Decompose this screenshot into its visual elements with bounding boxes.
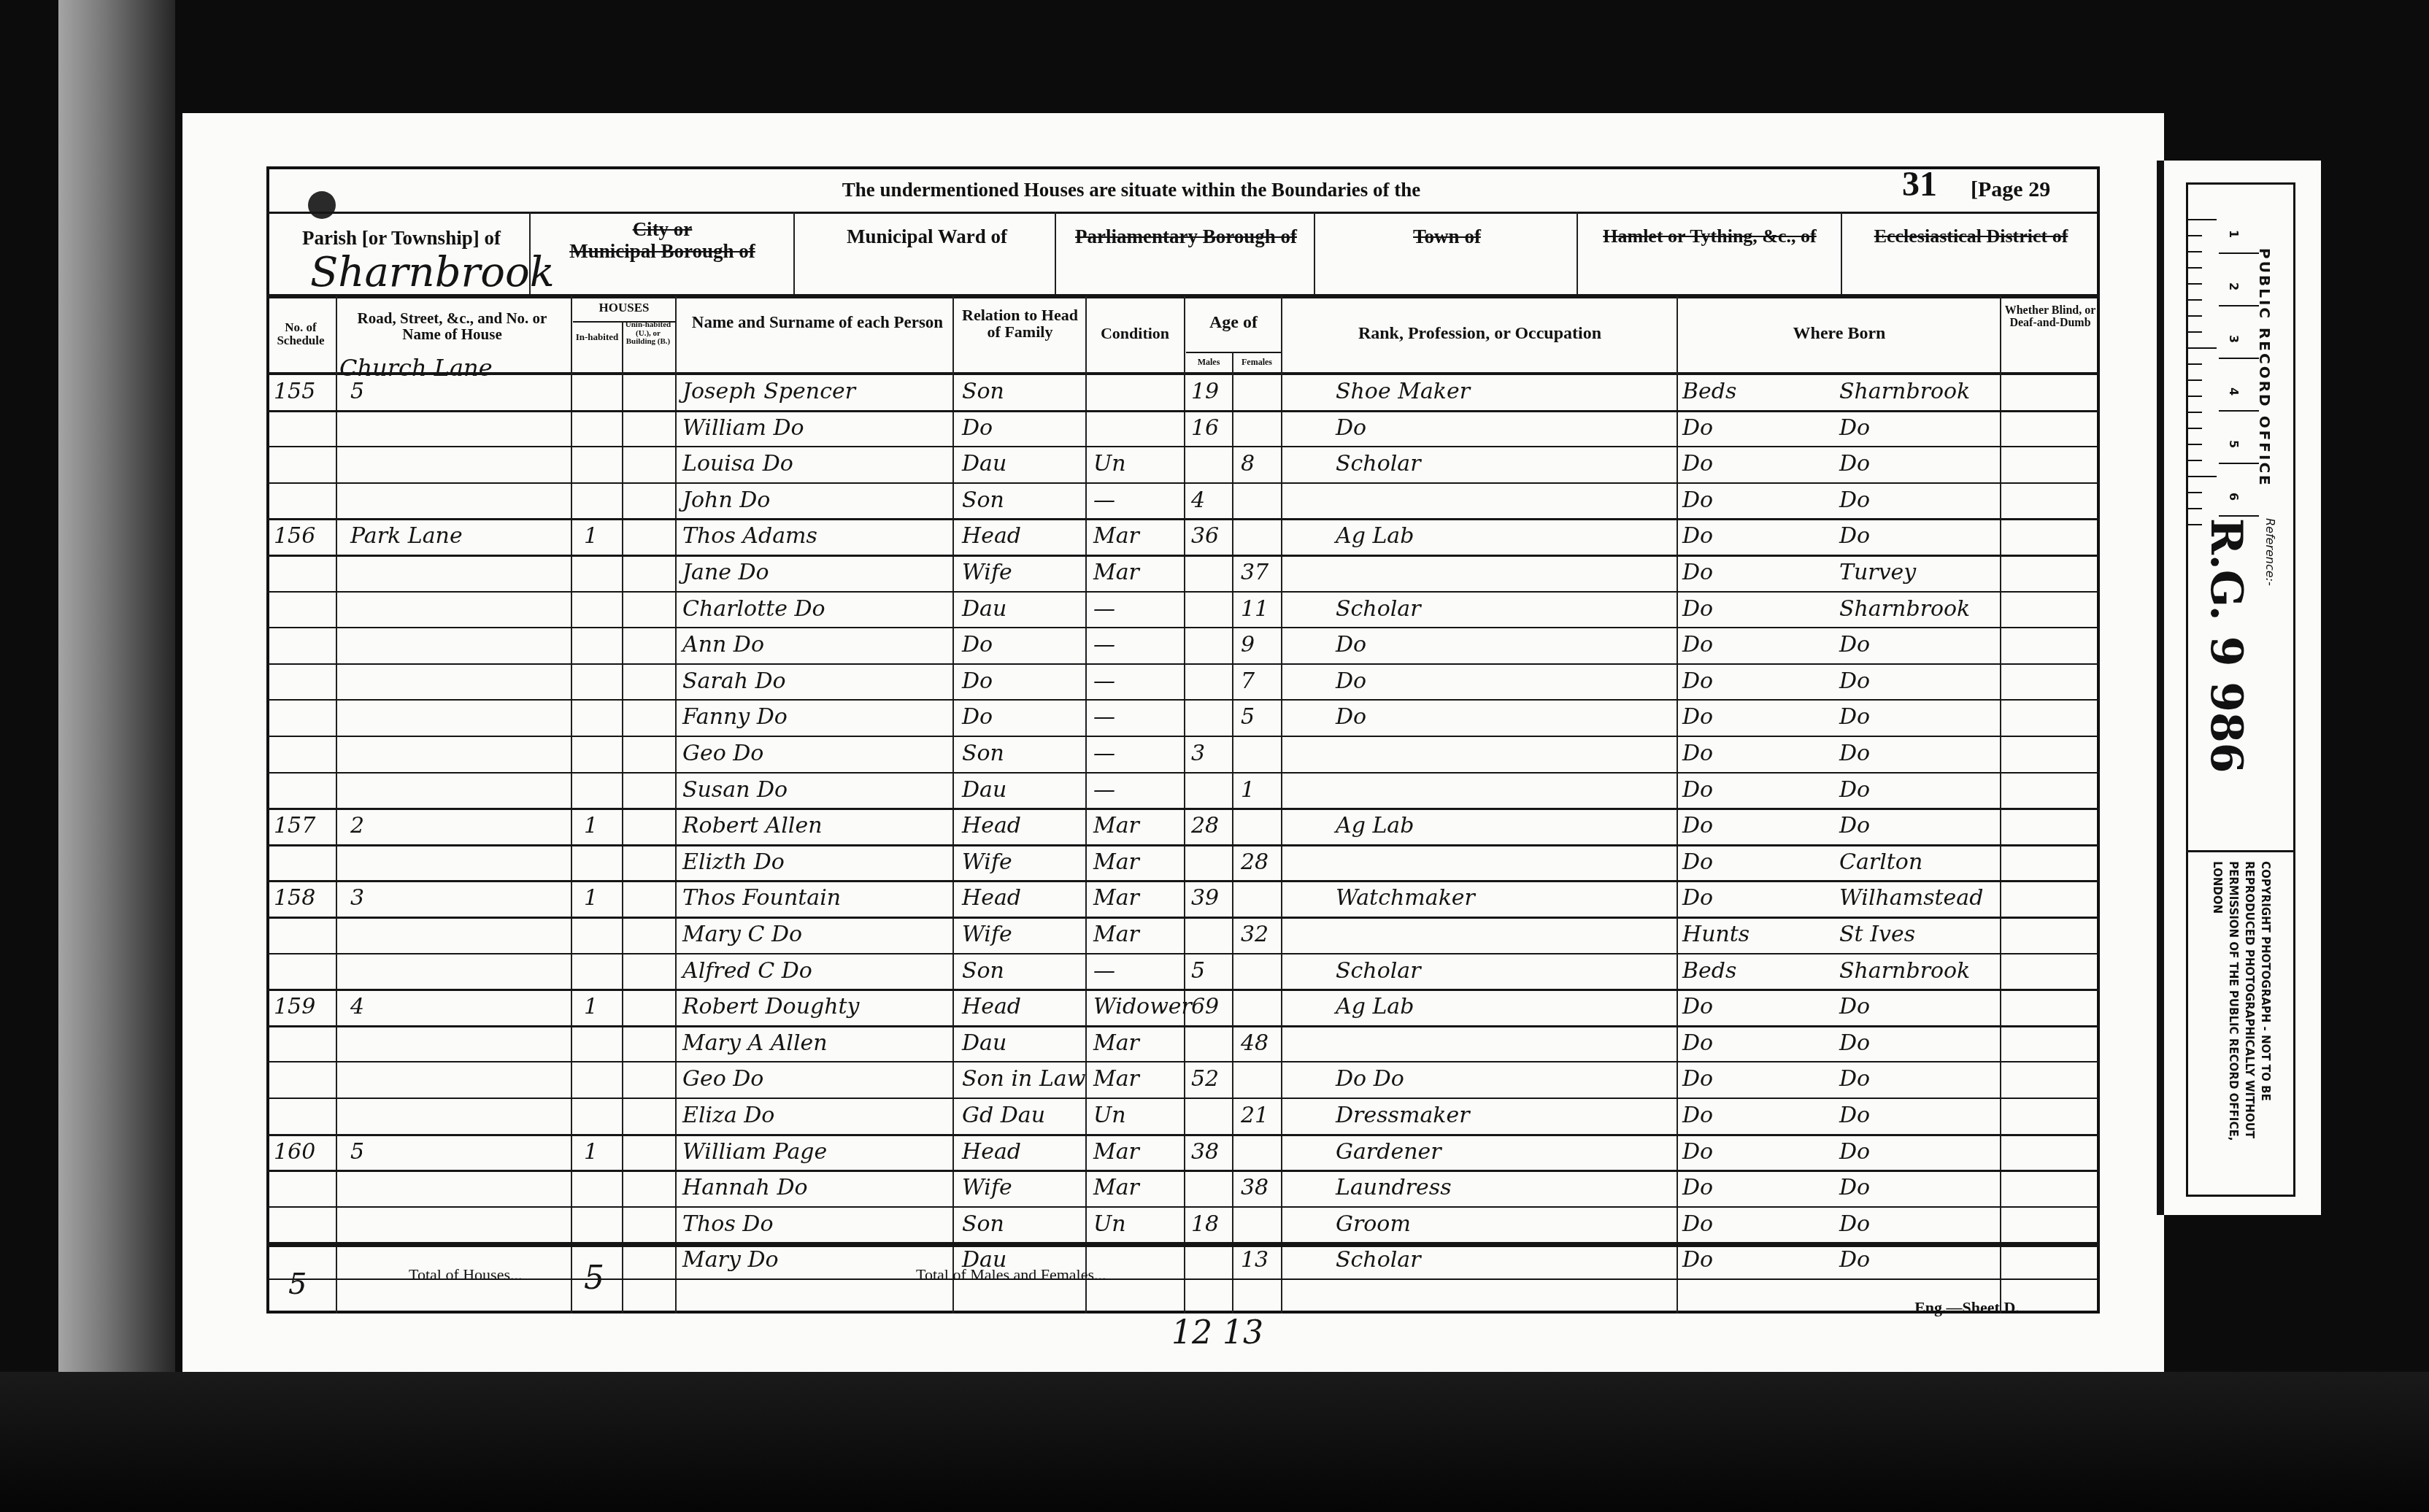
col-where-born: Where Born (1679, 325, 2000, 343)
name-cell: Mary C Do (682, 924, 802, 946)
condition-cell: Mar (1093, 1141, 1139, 1163)
born-county-cell: Do (1682, 1141, 1713, 1163)
born-county-cell: Beds (1682, 960, 1736, 982)
name-cell: Mary A Allen (682, 1033, 828, 1054)
name-cell: Joseph Spencer (682, 381, 855, 403)
column-divider (1677, 296, 1678, 1314)
ruler-tick (2187, 444, 2202, 445)
born-county-cell: Do (1682, 1214, 1713, 1235)
born-place-cell: Do (1839, 779, 1870, 801)
row-rule (266, 555, 2100, 557)
town-label: Town of (1317, 226, 1577, 247)
total-houses-label: Total of Houses... (409, 1266, 569, 1283)
occupation-cell: Watchmaker (1336, 887, 1475, 909)
col-uninhabited: Unin-habited (U.), or Building (B.) (623, 321, 674, 347)
sheet-label: Eng.—Sheet D. (1887, 1299, 2047, 1316)
relation-cell: Gd Dau (962, 1105, 1045, 1127)
occupation-cell: Ag Lab (1336, 815, 1414, 837)
male-age-cell: 28 (1191, 815, 1219, 837)
condition-cell: Mar (1093, 887, 1139, 909)
col-occupation: Rank, Profession, or Occupation (1285, 325, 1675, 343)
male-age-cell: 4 (1191, 490, 1205, 512)
relation-cell: Son (962, 960, 1004, 982)
name-cell: Louisa Do (682, 453, 793, 475)
row-rule (266, 1025, 2100, 1027)
ruler-cm-label: 1 (2227, 230, 2241, 238)
condition-cell: Mar (1093, 924, 1139, 946)
born-place-cell: Do (1839, 706, 1870, 728)
ruler-tick (2187, 251, 2202, 252)
row-rule (266, 663, 2100, 665)
condition-cell: — (1093, 634, 1115, 656)
relation-cell: Wife (962, 562, 1012, 584)
total-persons-value: 12 13 (1171, 1317, 1263, 1349)
born-place-cell: Do (1839, 490, 1870, 512)
punch-hole-icon (308, 191, 336, 219)
scanner-bottom (0, 1372, 2429, 1512)
male-age-cell: 19 (1191, 381, 1219, 403)
condition-cell: — (1093, 960, 1115, 982)
rule (266, 212, 2100, 214)
column-divider (336, 296, 337, 1314)
name-cell: Susan Do (682, 779, 788, 801)
born-place-cell: Turvey (1839, 562, 1916, 584)
divider (1577, 212, 1578, 296)
female-age-cell: 37 (1241, 562, 1269, 584)
column-divider (952, 296, 954, 1314)
schedule-cell: 159 (274, 996, 315, 1018)
occupation-cell: Ag Lab (1336, 525, 1414, 547)
name-cell: Jane Do (682, 562, 769, 584)
reference-strip: PUBLIC RECORD OFFICE 123456 Reference:- … (2157, 161, 2321, 1215)
female-age-cell: 8 (1241, 453, 1255, 475)
col-schedule: No. of Schedule (269, 321, 333, 347)
born-place-cell: Wilhamstead (1839, 887, 1983, 909)
ruler-tick (2187, 428, 2202, 429)
condition-cell: — (1093, 743, 1115, 765)
scanner-edge (58, 0, 175, 1512)
ruler-tick (2187, 460, 2202, 461)
divider (1314, 212, 1315, 296)
ruler-tick (2187, 219, 2217, 220)
born-place-cell: Carlton (1839, 852, 1922, 873)
born-place-cell: Do (1839, 1105, 1870, 1127)
born-county-cell: Do (1682, 453, 1713, 475)
row-rule (266, 410, 2100, 412)
rule (2186, 850, 2295, 852)
female-age-cell: 13 (1241, 1249, 1269, 1271)
ruler-cm-line (2219, 358, 2259, 359)
municipal-borough-label: Municipal Borough of (536, 241, 788, 261)
divider (1841, 212, 1842, 296)
col-males: Males (1186, 358, 1231, 367)
female-age-cell: 9 (1241, 634, 1255, 656)
born-place-cell: Do (1839, 671, 1870, 693)
row-rule (266, 880, 2100, 882)
male-age-cell: 39 (1191, 887, 1219, 909)
relation-cell: Wife (962, 852, 1012, 873)
born-county-cell: Do (1682, 598, 1713, 620)
condition-cell: — (1093, 598, 1115, 620)
total-houses-value: 5 (584, 1262, 604, 1295)
occupation-cell: Do (1336, 706, 1366, 728)
parish-label: Parish [or Township] of (274, 228, 529, 248)
column-divider (2000, 296, 2001, 1314)
occupation-cell: Do (1336, 671, 1366, 693)
ruler-tick (2187, 315, 2202, 317)
col-condition: Condition (1088, 325, 1182, 342)
born-place-cell: Do (1839, 417, 1870, 439)
divider (529, 212, 531, 296)
relation-cell: Son in Law (962, 1068, 1085, 1090)
ruler-cm-line (2219, 515, 2259, 517)
road-cell: 5 (350, 381, 364, 403)
col-females: Females (1233, 358, 1280, 367)
female-age-cell: 21 (1241, 1105, 1269, 1127)
name-cell: Mary Do (682, 1249, 779, 1271)
born-place-cell: Do (1839, 1033, 1870, 1054)
condition-cell: Mar (1093, 562, 1139, 584)
inhabited-cell: 1 (584, 887, 598, 909)
born-place-cell: Do (1839, 743, 1870, 765)
born-county-cell: Do (1682, 490, 1713, 512)
road-cell: 2 (350, 815, 364, 837)
ruler-tick (2187, 299, 2202, 301)
page-label: [Page 29 (1971, 178, 2073, 201)
born-place-cell: Do (1839, 815, 1870, 837)
road-cell: 4 (350, 996, 364, 1018)
ruler-cm-line (2219, 463, 2259, 464)
relation-cell: Head (962, 525, 1021, 547)
born-place-cell: Do (1839, 1249, 1870, 1271)
ruler-tick (2187, 363, 2202, 365)
relation-cell: Son (962, 743, 1004, 765)
relation-cell: Head (962, 887, 1021, 909)
female-age-cell: 28 (1241, 852, 1269, 873)
ruler-cm-line (2219, 410, 2259, 412)
condition-cell: Mar (1093, 852, 1139, 873)
relation-cell: Son (962, 490, 1004, 512)
occupation-cell: Scholar (1336, 1249, 1421, 1271)
born-county-cell: Beds (1682, 381, 1736, 403)
folio-number: 31 (1890, 166, 1949, 203)
relation-cell: Head (962, 815, 1021, 837)
male-age-cell: 16 (1191, 417, 1219, 439)
name-cell: Thos Adams (682, 525, 817, 547)
street-annotation: Church Lane (339, 356, 493, 379)
name-cell: Alfred C Do (682, 960, 812, 982)
born-place-cell: Sharnbrook (1839, 598, 1970, 620)
name-cell: Ann Do (682, 634, 764, 656)
parish-value: Sharnbrook (310, 252, 555, 293)
name-cell: Fanny Do (682, 706, 788, 728)
row-rule (266, 699, 2100, 701)
ruler-tick (2187, 331, 2202, 333)
name-cell: Geo Do (682, 1068, 763, 1090)
born-county-cell: Do (1682, 1033, 1713, 1054)
schedule-cell: 155 (274, 381, 315, 403)
reference-label: Reference:- (2263, 518, 2277, 586)
row-rule (266, 808, 2100, 810)
name-cell: John Do (682, 490, 770, 512)
row-rule (266, 518, 2100, 520)
occupation-cell: Do (1336, 417, 1366, 439)
born-county-cell: Do (1682, 852, 1713, 873)
schedule-cell: 160 (274, 1141, 315, 1163)
born-county-cell: Do (1682, 634, 1713, 656)
row-rule (266, 446, 2100, 447)
municipal-ward-label: Municipal Ward of (799, 226, 1055, 247)
boundaries-heading: The undermentioned Houses are situate wi… (730, 180, 1533, 200)
relation-cell: Head (962, 996, 1021, 1018)
occupation-cell: Groom (1336, 1214, 1411, 1235)
occupation-cell: Do Do (1336, 1068, 1404, 1090)
row-rule (266, 953, 2100, 954)
born-county-cell: Do (1682, 417, 1713, 439)
copyright-notice: COPYRIGHT PHOTOGRAPH - NOT TO BE REPRODU… (2209, 861, 2274, 1182)
ruler-tick (2187, 412, 2202, 413)
condition-cell: — (1093, 779, 1115, 801)
row-rule (266, 1061, 2100, 1062)
relation-cell: Son (962, 1214, 1004, 1235)
column-divider (1184, 296, 1185, 1314)
male-age-cell: 3 (1191, 743, 1205, 765)
schedule-cell: 157 (274, 815, 315, 837)
row-rule (266, 482, 2100, 484)
name-cell: Hannah Do (682, 1177, 808, 1199)
occupation-cell: Scholar (1336, 960, 1421, 982)
ruler-cm-label: 2 (2227, 282, 2241, 290)
condition-cell: — (1093, 706, 1115, 728)
rule (573, 321, 675, 323)
rule (266, 294, 2100, 298)
col-name: Name and Surname of each Person (686, 314, 949, 331)
row-rule (266, 591, 2100, 593)
born-county-cell: Do (1682, 671, 1713, 693)
born-county-cell: Do (1682, 996, 1713, 1018)
inhabited-cell: 1 (584, 525, 598, 547)
relation-cell: Do (962, 671, 993, 693)
male-age-cell: 52 (1191, 1068, 1219, 1090)
column-divider (1281, 296, 1282, 1314)
born-county-cell: Do (1682, 1105, 1713, 1127)
row-rule (266, 1098, 2100, 1099)
road-cell: 3 (350, 887, 364, 909)
born-place-cell: Sharnbrook (1839, 960, 1970, 982)
ruler-cm-label: 4 (2227, 387, 2241, 396)
born-place-cell: Do (1839, 1214, 1870, 1235)
ruler-tick (2187, 524, 2202, 525)
rule (266, 372, 2100, 375)
born-place-cell: Do (1839, 1141, 1870, 1163)
row-rule (266, 1206, 2100, 1208)
born-place-cell: Do (1839, 525, 1870, 547)
col-road: Road, Street, &c., and No. or Name of Ho… (337, 310, 567, 342)
born-county-cell: Do (1682, 887, 1713, 909)
relation-cell: Do (962, 417, 993, 439)
male-age-cell: 18 (1191, 1214, 1219, 1235)
name-cell: William Page (682, 1141, 827, 1163)
reference-number: R.G. 9 986 (2201, 518, 2252, 774)
born-county-cell: Do (1682, 1177, 1713, 1199)
inhabited-cell: 1 (584, 815, 598, 837)
born-county-cell: Do (1682, 525, 1713, 547)
col-houses: HOUSES (573, 301, 675, 315)
row-rule (266, 844, 2100, 846)
name-cell: Elizth Do (682, 852, 785, 873)
born-place-cell: Do (1839, 453, 1870, 475)
born-county-cell: Hunts (1682, 924, 1749, 946)
ruler-cm-label: 5 (2227, 440, 2241, 448)
occupation-cell: Shoe Maker (1336, 381, 1470, 403)
born-place-cell: St Ives (1839, 924, 1915, 946)
born-county-cell: Do (1682, 706, 1713, 728)
ruler-cm-label: 3 (2227, 335, 2241, 343)
schedule-cell: 156 (274, 525, 315, 547)
female-age-cell: 11 (1241, 598, 1269, 620)
male-age-cell: 36 (1191, 525, 1219, 547)
male-age-cell: 38 (1191, 1141, 1219, 1163)
road-cell: 5 (350, 1141, 364, 1163)
female-age-cell: 5 (1241, 706, 1255, 728)
condition-cell: Mar (1093, 1033, 1139, 1054)
total-persons-label: Total of Males and Females... (916, 1266, 1179, 1283)
ruler-tick (2187, 235, 2202, 236)
col-relation: Relation to Head of Family (956, 306, 1084, 340)
schedule-cell: 158 (274, 887, 315, 909)
name-cell: Charlotte Do (682, 598, 825, 620)
condition-cell: Un (1093, 453, 1126, 475)
row-rule (266, 989, 2100, 991)
ruler-cm-label: 6 (2227, 493, 2241, 501)
occupation-cell: Do (1336, 634, 1366, 656)
inhabited-cell: 1 (584, 996, 598, 1018)
parliamentary-borough-label: Parliamentary Borough of (1058, 226, 1314, 247)
born-place-cell: Do (1839, 1177, 1870, 1199)
row-rule (266, 627, 2100, 628)
condition-cell: Un (1093, 1214, 1126, 1235)
divider (793, 212, 795, 296)
name-cell: Thos Do (682, 1214, 773, 1235)
row-rule (266, 736, 2100, 737)
ruler-tick (2187, 476, 2217, 477)
born-county-cell: Do (1682, 1249, 1713, 1271)
occupation-cell: Laundress (1336, 1177, 1452, 1199)
relation-cell: Wife (962, 924, 1012, 946)
male-age-cell: 69 (1191, 996, 1219, 1018)
name-cell: Robert Allen (682, 815, 822, 837)
occupation-cell: Dressmaker (1336, 1105, 1470, 1127)
city-label: City or (536, 219, 788, 239)
relation-cell: Son (962, 381, 1004, 403)
condition-cell: Un (1093, 1105, 1126, 1127)
col-inhabited: In-habited (573, 332, 621, 342)
relation-cell: Dau (962, 1033, 1006, 1054)
born-place-cell: Do (1839, 634, 1870, 656)
ecclesiastical-label: Ecclesiastical District of (1845, 226, 2097, 246)
column-divider (1085, 296, 1087, 1314)
condition-cell: Mar (1093, 815, 1139, 837)
born-county-cell: Do (1682, 743, 1713, 765)
born-county-cell: Do (1682, 1068, 1713, 1090)
occupation-cell: Scholar (1336, 598, 1421, 620)
born-place-cell: Do (1839, 1068, 1870, 1090)
inhabited-cell: 1 (584, 1141, 598, 1163)
occupation-cell: Ag Lab (1336, 996, 1414, 1018)
hamlet-label: Hamlet or Tything, &c., of (1580, 226, 1839, 246)
condition-cell: Mar (1093, 525, 1139, 547)
born-county-cell: Do (1682, 815, 1713, 837)
born-county-cell: Do (1682, 779, 1713, 801)
relation-cell: Do (962, 706, 993, 728)
ruler-tick (2187, 396, 2202, 397)
row-rule (266, 1134, 2100, 1136)
column-divider (571, 296, 572, 1314)
relation-cell: Head (962, 1141, 1021, 1163)
ruler-tick (2187, 283, 2202, 285)
condition-cell: — (1093, 490, 1115, 512)
occupation-cell: Scholar (1336, 453, 1421, 475)
name-cell: Thos Fountain (682, 887, 841, 909)
name-cell: Sarah Do (682, 671, 786, 693)
ruler-tick (2187, 492, 2202, 493)
ruler-cm-line (2219, 252, 2259, 254)
relation-cell: Do (962, 634, 993, 656)
relation-cell: Dau (962, 779, 1006, 801)
schedules-count: 5 (288, 1270, 307, 1299)
condition-cell: — (1093, 671, 1115, 693)
row-rule (266, 917, 2100, 919)
row-rule (266, 1170, 2100, 1172)
row-rule (266, 772, 2100, 774)
name-cell: Geo Do (682, 743, 763, 765)
relation-cell: Dau (962, 598, 1006, 620)
name-cell: Eliza Do (682, 1105, 774, 1127)
divider (1055, 212, 1056, 296)
office-label: PUBLIC RECORD OFFICE (2256, 248, 2274, 487)
relation-cell: Dau (962, 453, 1006, 475)
column-divider (675, 296, 677, 1314)
ruler-tick (2187, 267, 2202, 269)
male-age-cell: 5 (1191, 960, 1205, 982)
ruler-tick (2187, 379, 2202, 381)
female-age-cell: 1 (1241, 779, 1255, 801)
ruler-cm-line (2219, 305, 2259, 306)
ruler-tick (2187, 347, 2217, 349)
ruler-tick (2187, 508, 2202, 509)
condition-cell: Mar (1093, 1177, 1139, 1199)
relation-cell: Wife (962, 1177, 1012, 1199)
road-cell: Park Lane (350, 525, 463, 547)
name-cell: Robert Doughty (682, 996, 860, 1018)
condition-cell: Widower (1093, 996, 1192, 1018)
female-age-cell: 38 (1241, 1177, 1269, 1199)
occupation-cell: Gardener (1336, 1141, 1441, 1163)
female-age-cell: 48 (1241, 1033, 1269, 1054)
rule (266, 1243, 2100, 1247)
condition-cell: Mar (1093, 1068, 1139, 1090)
female-age-cell: 7 (1241, 671, 1255, 693)
born-county-cell: Do (1682, 562, 1713, 584)
col-age: Age of (1186, 314, 1281, 332)
rule (1186, 352, 1281, 353)
born-place-cell: Do (1839, 996, 1870, 1018)
name-cell: William Do (682, 417, 804, 439)
col-blind: Whether Blind, or Deaf-and-Dumb (2003, 305, 2097, 330)
column-divider (622, 321, 623, 1314)
female-age-cell: 32 (1241, 924, 1269, 946)
born-place-cell: Sharnbrook (1839, 381, 1970, 403)
